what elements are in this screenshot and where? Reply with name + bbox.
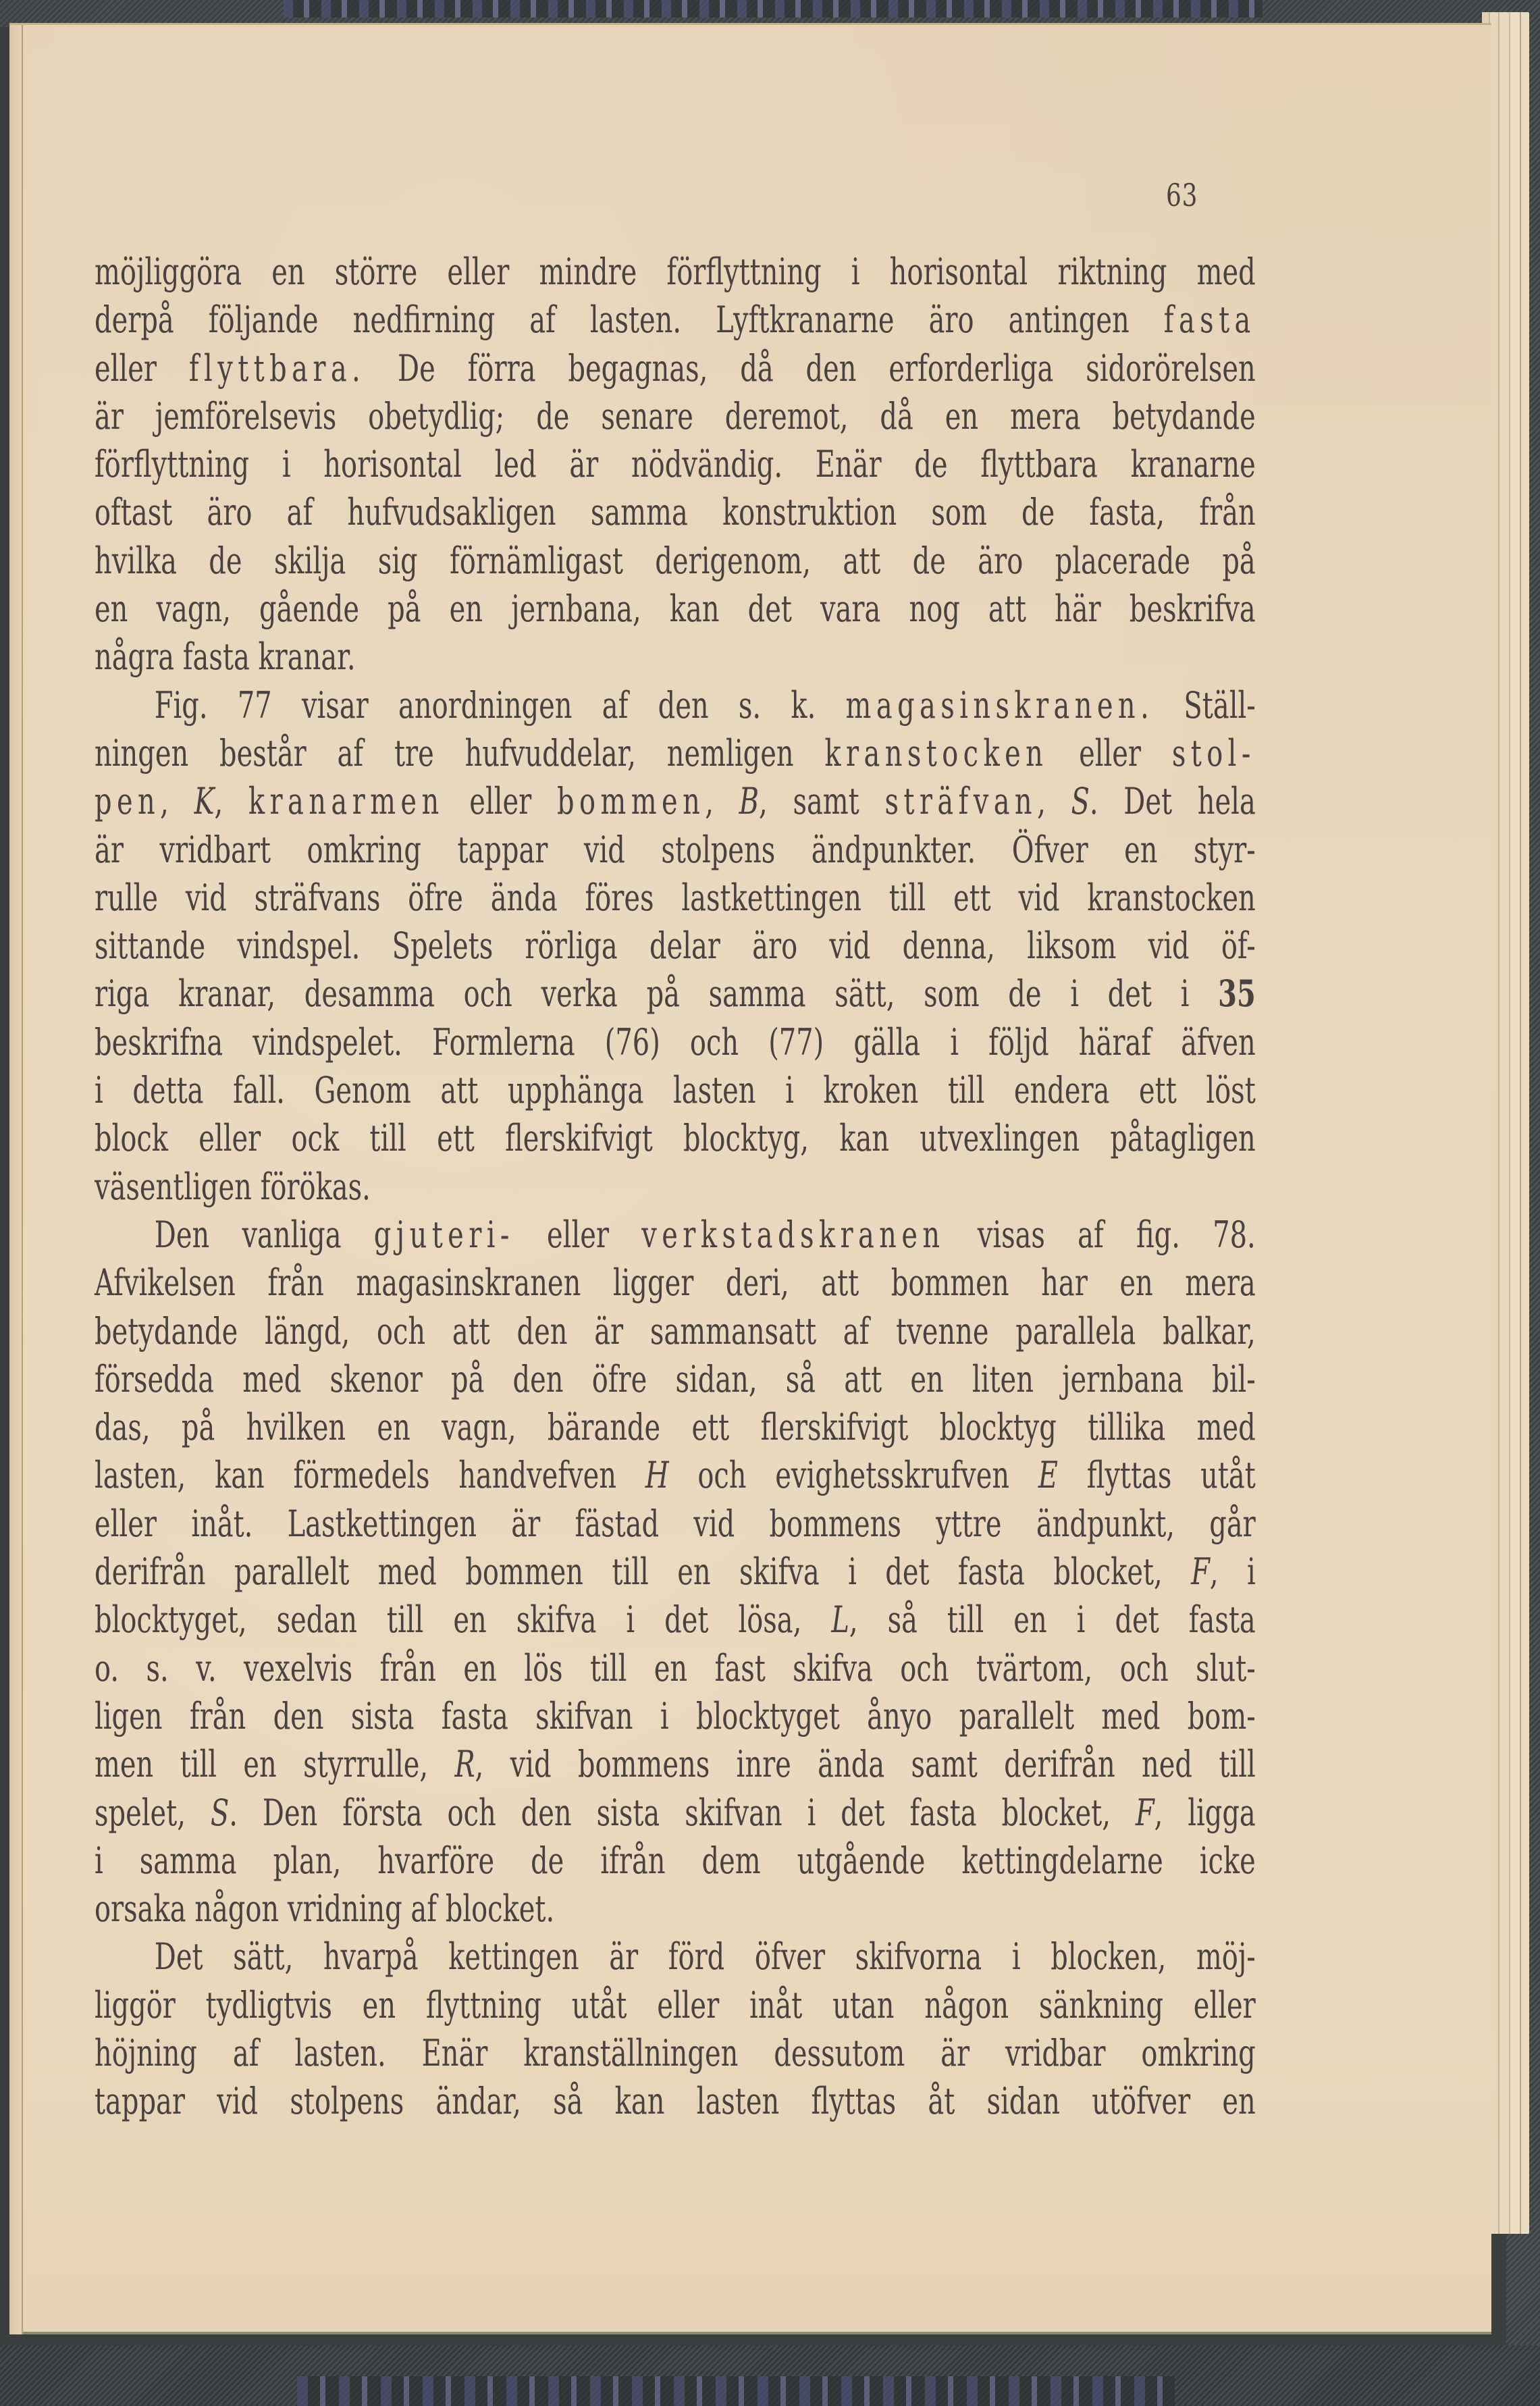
text-run: eller inåt. Lastkettingen är fästad vid …: [95, 1502, 1256, 1545]
text-run: block eller ock till ett flerskifvigt bl…: [95, 1117, 1256, 1159]
text-ital: E: [1038, 1454, 1058, 1496]
text-run: eller: [1048, 732, 1172, 775]
text-run: oftast äro af hufvudsakligen samma konst…: [95, 491, 1256, 533]
text-ital: R: [454, 1743, 475, 1785]
text-line: ningen består af tre hufvuddelar, nemlig…: [95, 729, 1256, 777]
text-run: , vid bommens inre ända samt derifrån ne…: [475, 1743, 1256, 1785]
text-run: väsentligen förökas.: [95, 1166, 371, 1208]
text-ital: S: [211, 1792, 229, 1834]
text-line: pen, K, kranarmen eller bommen, B, samt …: [95, 777, 1256, 825]
text-run: en vagn, gående på en jernbana, kan det …: [95, 587, 1256, 630]
text-run: ,: [705, 780, 739, 822]
text-line: derpå följande nedfirning af lasten. Lyf…: [95, 296, 1256, 344]
text-line: riga kranar, desamma och verka på samma …: [95, 970, 1256, 1018]
text-spaced: pen: [95, 780, 160, 822]
text-line: derifrån parallelt med bommen till en sk…: [95, 1548, 1256, 1596]
text-run: ligen från den sista fasta skifvan i blo…: [95, 1695, 1256, 1737]
text-line: block eller ock till ett flerskifvigt bl…: [95, 1114, 1256, 1162]
text-run: riga kranar, desamma och verka på samma …: [95, 972, 1218, 1015]
text-run: lasten, kan förmedels handvefven: [95, 1454, 645, 1496]
text-ital: F: [1191, 1550, 1210, 1593]
text-line: Den vanliga gjuteri- eller verkstadskran…: [95, 1211, 1256, 1259]
text-run: eller: [95, 347, 189, 390]
text-line: är vridbart omkring tappar vid stolpens …: [95, 826, 1256, 874]
text-line: rulle vid sträfvans öfre ända föres last…: [95, 874, 1256, 922]
text-line: är jemförelsevis obetydlig; de senare de…: [95, 392, 1256, 440]
text-run: betydande längd, och att den är sammansa…: [95, 1310, 1256, 1353]
text-run: o. s. v. vexelvis från en lös till en fa…: [95, 1647, 1256, 1690]
text-ital: B: [739, 780, 759, 822]
text-run: i detta fall. Genom att upphänga lasten …: [95, 1069, 1256, 1112]
text-line: ligen från den sista fasta skifvan i blo…: [95, 1692, 1256, 1740]
text-line: väsentligen förökas.: [95, 1163, 1256, 1211]
paragraph: Fig. 77 visar anordningen af den s. k. m…: [95, 681, 1256, 1211]
text-run: och evighetsskrufven: [669, 1454, 1038, 1496]
text-line: möjliggöra en större eller mindre förfly…: [95, 248, 1256, 296]
paragraph: Det sätt, hvarpå kettingen är förd öfver…: [95, 1933, 1256, 2125]
text-line: höjning af lasten. Enär kranställningen …: [95, 2029, 1256, 2077]
text-spaced: fasta: [1164, 298, 1256, 341]
text-spaced: magasinskranen.: [846, 684, 1154, 727]
text-line: Fig. 77 visar anordningen af den s. k. m…: [95, 681, 1256, 729]
text-run: das, på hvilken en vagn, bärande ett fle…: [95, 1406, 1256, 1448]
text-ital: K: [194, 780, 215, 822]
text-run: flyttas utåt: [1058, 1454, 1256, 1496]
text-run: hvilka de skilja sig förnämligast derige…: [95, 540, 1256, 582]
text-run: tappar vid stolpens ändar, så kan lasten…: [95, 2080, 1256, 2122]
text-run: ,: [1037, 780, 1071, 822]
text-line: försedda med skenor på den öfre sidan, s…: [95, 1355, 1256, 1403]
cover-pattern: [284, 0, 1263, 18]
text-run: derpå följande nedfirning af lasten. Lyf…: [95, 298, 1164, 341]
text-run: försedda med skenor på den öfre sidan, s…: [95, 1358, 1256, 1401]
text-bold: 35: [1218, 972, 1256, 1015]
page-gutter-edge: [9, 25, 23, 2334]
text-run: visas af fig. 78.: [945, 1213, 1256, 1256]
text-run: De förra begagnas, då den erforderliga s…: [365, 347, 1256, 390]
text-ital: H: [645, 1454, 669, 1496]
cover-pattern: [297, 2376, 1175, 2406]
text-run: rulle vid sträfvans öfre ända föres last…: [95, 877, 1256, 919]
text-run: är jemförelsevis obetydlig; de senare de…: [95, 395, 1256, 438]
text-line: oftast äro af hufvudsakligen samma konst…: [95, 488, 1256, 536]
text-spaced: kranarmen: [248, 780, 444, 822]
text-run: förflyttning i horisontal led är nödvänd…: [95, 443, 1256, 486]
text-line: eller flyttbara. De förra begagnas, då d…: [95, 344, 1256, 392]
text-line: o. s. v. vexelvis från en lös till en fa…: [95, 1644, 1256, 1692]
text-spaced: bommen: [557, 780, 705, 822]
text-run: Afvikelsen från magasinskranen ligger de…: [95, 1261, 1256, 1304]
text-spaced: gjuteri-: [374, 1213, 514, 1256]
text-line: sittande vindspel. Spelets rörliga delar…: [95, 922, 1256, 970]
text-run: höjning af lasten. Enär kranställningen …: [95, 2032, 1256, 2074]
text-ital: S: [1071, 780, 1090, 822]
text-line: blocktyget, sedan till en skifva i det l…: [95, 1596, 1256, 1644]
text-run: , samt: [759, 780, 884, 822]
book-page: 63 möjliggöra en större eller mindre för…: [9, 23, 1491, 2334]
text-line: men till en styrrulle, R, vid bommens in…: [95, 1740, 1256, 1788]
book-cover-bottom: [0, 2345, 1540, 2406]
text-spaced: sträfvan: [884, 780, 1037, 822]
text-run: möjliggöra en större eller mindre förfly…: [95, 251, 1256, 293]
text-run: liggör tydligtvis en flyttning utåt elle…: [95, 1984, 1256, 2026]
paragraph: Den vanliga gjuteri- eller verkstadskran…: [95, 1211, 1256, 1933]
paragraph: möjliggöra en större eller mindre förfly…: [95, 248, 1256, 681]
text-line: i detta fall. Genom att upphänga lasten …: [95, 1066, 1256, 1114]
text-run: i samma plan, hvarföre de ifrån dem utgå…: [95, 1839, 1256, 1882]
text-run: eller: [444, 780, 557, 822]
text-run: är vridbart omkring tappar vid stolpens …: [95, 829, 1256, 871]
text-line: några fasta kranar.: [95, 633, 1256, 681]
text-line: eller inåt. Lastkettingen är fästad vid …: [95, 1500, 1256, 1548]
text-run: beskrifna vindspelet. Formlerna (76) och…: [95, 1021, 1256, 1064]
text-run: Ställ-: [1154, 684, 1256, 727]
text-line: en vagn, gående på en jernbana, kan det …: [95, 585, 1256, 633]
text-line: Det sätt, hvarpå kettingen är förd öfver…: [95, 1933, 1256, 1981]
text-spaced: stol-: [1172, 732, 1256, 775]
text-run: Det sätt, hvarpå kettingen är förd öfver…: [155, 1935, 1256, 1978]
text-run: eller: [514, 1213, 641, 1256]
text-run: derifrån parallelt med bommen till en sk…: [95, 1550, 1191, 1593]
text-line: spelet, S. Den första och den sista skif…: [95, 1789, 1256, 1837]
text-run: . Den första och den sista skifvan i det…: [229, 1792, 1136, 1834]
text-ital: F: [1136, 1792, 1154, 1834]
text-run: . Det hela: [1090, 780, 1256, 822]
text-ital: L: [831, 1598, 849, 1641]
text-line: tappar vid stolpens ändar, så kan lasten…: [95, 2077, 1256, 2125]
text-spaced: verkstadskranen: [641, 1213, 945, 1256]
body-text: möjliggöra en större eller mindre förfly…: [95, 248, 1256, 2126]
text-line: i samma plan, hvarföre de ifrån dem utgå…: [95, 1837, 1256, 1885]
text-run: , i: [1210, 1550, 1256, 1593]
text-line: lasten, kan förmedels handvefven H och e…: [95, 1451, 1256, 1499]
text-line: beskrifna vindspelet. Formlerna (76) och…: [95, 1018, 1256, 1066]
text-line: hvilka de skilja sig förnämligast derige…: [95, 537, 1256, 585]
text-run: ,: [160, 780, 194, 822]
text-run: men till en styrrulle,: [95, 1743, 454, 1785]
text-line: orsaka någon vridning af blocket.: [95, 1885, 1256, 1933]
text-run: ningen består af tre hufvuddelar, nemlig…: [95, 732, 824, 775]
text-run: sittande vindspel. Spelets rörliga delar…: [95, 924, 1256, 967]
text-line: das, på hvilken en vagn, bärande ett fle…: [95, 1403, 1256, 1451]
text-spaced: kranstocken: [824, 732, 1048, 775]
text-run: blocktyget, sedan till en skifva i det l…: [95, 1598, 831, 1641]
text-run: orsaka någon vridning af blocket.: [95, 1887, 554, 1930]
page-number: 63: [1166, 177, 1198, 213]
text-run: Fig. 77 visar anordningen af den s. k.: [155, 684, 846, 727]
text-line: Afvikelsen från magasinskranen ligger de…: [95, 1259, 1256, 1307]
text-line: liggör tydligtvis en flyttning utåt elle…: [95, 1981, 1256, 2029]
text-run: några fasta kranar.: [95, 635, 356, 678]
text-line: förflyttning i horisontal led är nödvänd…: [95, 440, 1256, 488]
text-line: betydande längd, och att den är sammansa…: [95, 1307, 1256, 1355]
text-spaced: flyttbara.: [189, 347, 365, 390]
text-run: , så till en i det fasta: [849, 1598, 1256, 1641]
text-run: spelet,: [95, 1792, 211, 1834]
text-run: Den vanliga: [155, 1213, 374, 1256]
text-run: , ligga: [1154, 1792, 1256, 1834]
text-run: ,: [214, 780, 248, 822]
